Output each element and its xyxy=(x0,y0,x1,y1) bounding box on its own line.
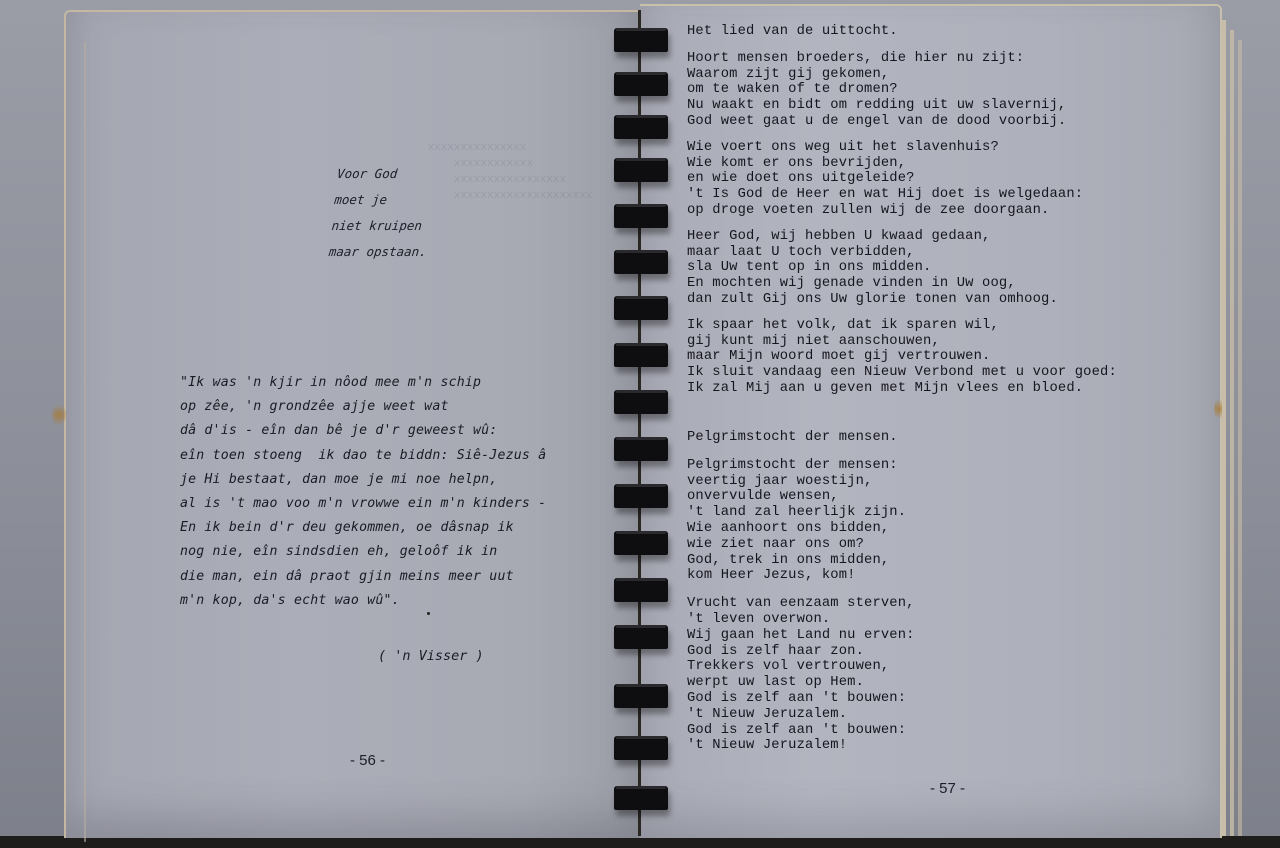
binding-ring xyxy=(614,296,668,320)
quote-line: op zêe, 'n grondzêe ajje weet wat xyxy=(180,395,546,419)
left-page-edge xyxy=(84,42,86,842)
quote-line: En ik bein d'r deu gekommen, oe dâsnap i… xyxy=(180,516,546,540)
motto-poem: Voor God moet je niet kruipen maar opsta… xyxy=(328,161,437,265)
binding-ring xyxy=(614,684,668,708)
page-stack-edge xyxy=(1238,40,1242,836)
page-number-left: - 56 - xyxy=(350,752,385,769)
lyric-line: Nu waakt en bidt om redding uit uw slave… xyxy=(687,98,1117,114)
quote-line: die man, ein dâ praot gjin meins meer uu… xyxy=(180,565,546,589)
lyric-line: Wie komt er ons bevrijden, xyxy=(687,156,1117,172)
lyric-line: 't Is God de Heer en wat Hij doet is wel… xyxy=(687,187,1117,203)
binding-ring xyxy=(614,72,668,96)
lyric-line: op droge voeten zullen wij de zee doorga… xyxy=(687,203,1117,219)
stanza: Vrucht van eenzaam sterven, 't leven ove… xyxy=(687,596,915,754)
lyric-line: maar Mijn woord moet gij vertrouwen. xyxy=(687,349,1117,365)
lyric-line: Wie voert ons weg uit het slavenhuis? xyxy=(687,140,1117,156)
quote-line: m'n kop, da's echt wao wû". xyxy=(180,589,546,613)
binding-ring xyxy=(614,343,668,367)
lyric-line: en wie doet ons uitgeleide? xyxy=(687,171,1117,187)
lyric-line: Ik zal Mij aan u geven met Mijn vlees en… xyxy=(687,381,1117,397)
binding-ring xyxy=(614,28,668,52)
stanza: Pelgrimstocht der mensen: veertig jaar w… xyxy=(687,458,915,584)
song-title: Het lied van de uittocht. xyxy=(687,24,1117,40)
song-title: Pelgrimstocht der mensen. xyxy=(687,430,915,446)
lyric-line: God is zelf aan 't bouwen: xyxy=(687,691,915,707)
lyric-line: God, trek in ons midden, xyxy=(687,553,915,569)
lyric-line: werpt uw last op Hem. xyxy=(687,675,915,691)
stanza: Hoort mensen broeders, die hier nu zijt:… xyxy=(687,51,1117,130)
lyric-line: Trekkers vol vertrouwen, xyxy=(687,659,915,675)
lyric-line: Wij gaan het Land nu erven: xyxy=(687,628,915,644)
quote-line: nog nie, eîn sindsdien eh, geloôf ik in xyxy=(180,540,546,564)
quote-attribution: ( 'n Visser ) xyxy=(378,648,484,664)
song-uittocht: Het lied van de uittocht. Hoort mensen b… xyxy=(687,24,1117,397)
lyric-line: Ik sluit vandaag een Nieuw Verbond met u… xyxy=(687,365,1117,381)
stanza: Heer God, wij hebben U kwaad gedaan, maa… xyxy=(687,229,1117,308)
lyric-line: 't Nieuw Jeruzalem! xyxy=(687,738,915,754)
lyric-line: gij kunt mij niet aanschouwen, xyxy=(687,334,1117,350)
lyric-line: 't leven overwon. xyxy=(687,612,915,628)
lyric-line: Ik spaar het volk, dat ik sparen wil, xyxy=(687,318,1117,334)
quote-line: eîn toen stoeng ik dao te biddn: Siê-Jez… xyxy=(180,444,546,468)
motto-line: moet je xyxy=(333,187,434,213)
lyric-line: Vrucht van eenzaam sterven, xyxy=(687,596,915,612)
stanza: Ik spaar het volk, dat ik sparen wil, gi… xyxy=(687,318,1117,397)
page-stack-edge xyxy=(1230,30,1234,836)
binding-ring xyxy=(614,531,668,555)
motto-line: maar opstaan. xyxy=(328,239,429,265)
quote-line: dâ d'is - eîn dan bê je d'r geweest wû: xyxy=(180,419,546,443)
lyric-line: Hoort mensen broeders, die hier nu zijt: xyxy=(687,51,1117,67)
page-stack-edge xyxy=(1222,20,1226,836)
stain-left xyxy=(52,404,66,426)
lyric-line: Heer God, wij hebben U kwaad gedaan, xyxy=(687,229,1117,245)
lyric-line: veertig jaar woestijn, xyxy=(687,474,915,490)
binding-ring xyxy=(614,204,668,228)
quote-line: al is 't mao voo m'n vrowwe ein m'n kind… xyxy=(180,492,546,516)
lyric-line: God is zelf aan 't bouwen: xyxy=(687,723,915,739)
lyric-line: wie ziet naar ons om? xyxy=(687,537,915,553)
song-pelgrimstocht: Pelgrimstocht der mensen. Pelgrimstocht … xyxy=(687,430,915,754)
lyric-line: 't Nieuw Jeruzalem. xyxy=(687,707,915,723)
binding-ring xyxy=(614,390,668,414)
lyric-line: om te waken of te dromen? xyxy=(687,82,1117,98)
lyric-line: En mochten wij genade vinden in Uw oog, xyxy=(687,276,1117,292)
lyric-line: kom Heer Jezus, kom! xyxy=(687,568,915,584)
stanza: Wie voert ons weg uit het slavenhuis? Wi… xyxy=(687,140,1117,219)
binding-ring xyxy=(614,484,668,508)
binding-ring xyxy=(614,578,668,602)
binding-ring xyxy=(614,625,668,649)
stray-dot xyxy=(427,612,430,615)
binding-ring xyxy=(614,158,668,182)
dialect-quote: "Ik was 'n kjir in nôod mee m'n schip op… xyxy=(180,371,546,613)
lyric-line: Pelgrimstocht der mensen: xyxy=(687,458,915,474)
lyric-line: sla Uw tent op in ons midden. xyxy=(687,260,1117,276)
lyric-line: God is zelf haar zon. xyxy=(687,644,915,660)
quote-line: je Hi bestaat, dan moe je mi noe helpn, xyxy=(180,468,546,492)
lyric-line: onvervulde wensen, xyxy=(687,489,915,505)
lyric-line: maar laat U toch verbidden, xyxy=(687,245,1117,261)
motto-line: Voor God xyxy=(336,161,437,187)
lyric-line: Wie aanhoort ons bidden, xyxy=(687,521,915,537)
lyric-line: dan zult Gij ons Uw glorie tonen van omh… xyxy=(687,292,1117,308)
lyric-line: God weet gaat u de engel van de dood voo… xyxy=(687,114,1117,130)
lyric-line: 't land zal heerlijk zijn. xyxy=(687,505,915,521)
page-number-right: - 57 - xyxy=(930,780,965,797)
binding-ring xyxy=(614,786,668,810)
binding-ring xyxy=(614,250,668,274)
quote-line: "Ik was 'n kjir in nôod mee m'n schip xyxy=(180,371,546,395)
motto-line: niet kruipen xyxy=(330,213,431,239)
binding-ring xyxy=(614,736,668,760)
binding-ring xyxy=(614,115,668,139)
lyric-line: Waarom zijt gij gekomen, xyxy=(687,67,1117,83)
binding-ring xyxy=(614,437,668,461)
